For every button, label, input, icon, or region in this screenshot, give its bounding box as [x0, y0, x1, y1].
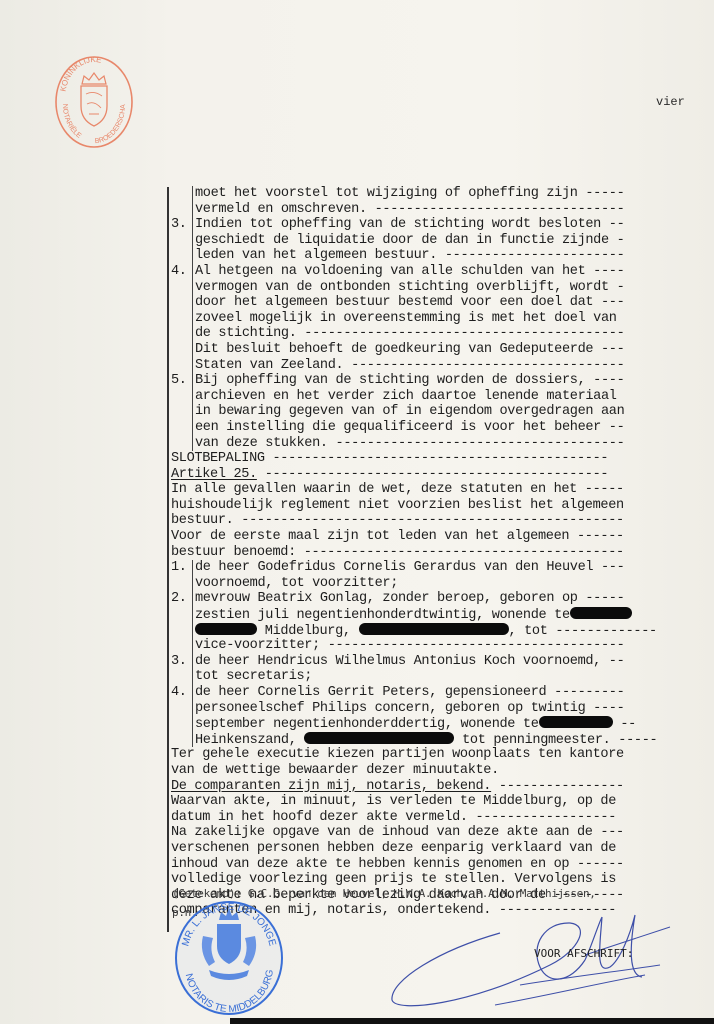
item-indent-rule	[192, 248, 193, 264]
line-text: archieven en het verder zich daartoe len…	[195, 389, 617, 404]
deed-line: Heinkenszand, tot penningmeester. -----	[171, 732, 691, 748]
line-text: van deze stukken. ----------------------…	[195, 436, 624, 451]
deed-line: archieven en het verder zich daartoe len…	[171, 389, 691, 405]
line-text: door het algemeen bestuur bestemd voor e…	[195, 295, 624, 310]
redaction-block	[195, 623, 257, 635]
item-indent-rule	[192, 623, 193, 639]
deed-line: vermogen van de ontbonden stichting over…	[171, 280, 691, 296]
line-dash-fill: ----------------	[491, 779, 624, 794]
item-indent-rule	[192, 217, 193, 233]
line-text: de heer Godefridus Cornelis Gerardus van…	[195, 560, 624, 575]
deed-line: bestuur. -------------------------------…	[171, 513, 691, 529]
item-indent-rule	[192, 295, 193, 311]
item-indent-rule	[192, 264, 193, 280]
deed-line: van deze stukken. ----------------------…	[171, 436, 691, 452]
notary-signature	[380, 905, 680, 1015]
line-text: huishoudelijk reglement niet voorzien be…	[171, 498, 624, 513]
svg-text:BROEDERSCHAP: BROEDERSCHAP	[53, 54, 127, 145]
line-text: datum in het hoofd dezer akte vermeld. -…	[171, 810, 616, 825]
line-text: SLOTBEPALING ---------------------------…	[171, 451, 608, 466]
deed-line: in bewaring gegeven van of in eigendom o…	[171, 404, 691, 420]
line-text: Middelburg,	[257, 624, 359, 639]
item-indent-rule	[192, 701, 193, 717]
item-indent-rule	[192, 342, 193, 358]
line-text: Artikel 25.	[171, 467, 257, 482]
item-indent-rule	[192, 685, 193, 701]
deed-line: vermeld en omschreven. -----------------…	[171, 202, 691, 218]
item-indent-rule	[192, 233, 193, 249]
item-indent-rule	[192, 186, 193, 202]
line-text: van de wettige bewaarder dezer minuutakt…	[171, 763, 499, 778]
line-text: de stichting. --------------------------…	[195, 326, 624, 341]
deed-line: de stichting. --------------------------…	[171, 326, 691, 342]
notary-seal-icon: MR. L. JANSE DE JONGE NOTARIS TE MIDDELB…	[173, 896, 285, 1016]
item-indent-rule	[192, 326, 193, 342]
line-text: tot secretaris;	[195, 669, 312, 684]
deed-line: Staten van Zeeland. --------------------…	[171, 358, 691, 374]
deed-line: geschiedt de liquidatie door de dan in f…	[171, 233, 691, 249]
deed-line: 3.Indien tot opheffing van de stichting …	[171, 217, 691, 233]
line-dash-fill: , tot -------------	[509, 624, 657, 639]
line-text: De comparanten zijn mij, notaris, bekend…	[171, 779, 491, 794]
line-text: Waarvan akte, in minuut, is verleden te …	[171, 794, 616, 809]
left-margin-rule	[167, 187, 169, 932]
deed-line: bestuur benoemd: -----------------------…	[171, 545, 691, 561]
deed-line: 4.de heer Cornelis Gerrit Peters, gepens…	[171, 685, 691, 701]
deed-line: door het algemeen bestuur bestemd voor e…	[171, 295, 691, 311]
line-text: verschenen personen hebben deze eenparig…	[171, 841, 616, 856]
deed-line: voornoemd, tot voorzitter;	[171, 576, 691, 592]
deed-line: leden van het algemeen bestuur. --------…	[171, 248, 691, 264]
line-text: Voor de eerste maal zijn tot leden van h…	[171, 529, 624, 544]
item-indent-rule	[192, 669, 193, 685]
svg-text:NOTARIËLE: NOTARIËLE	[61, 104, 83, 140]
line-dash-fill: tot penningmeester. -----	[454, 733, 657, 748]
line-text: vermogen van de ontbonden stichting over…	[195, 280, 624, 295]
page-number: vier	[656, 95, 685, 109]
item-indent-rule	[192, 420, 193, 436]
deed-line: van de wettige bewaarder dezer minuutakt…	[171, 763, 691, 779]
item-indent-rule	[192, 560, 193, 576]
line-text: vice-voorzitter; -----------------------…	[195, 638, 624, 653]
item-indent-rule	[192, 202, 193, 218]
line-text: een instelling die gequalificeerd is voo…	[195, 420, 624, 435]
redaction-block	[570, 607, 632, 619]
line-text: inhoud van deze akte te hebben kennis ge…	[171, 857, 624, 872]
deed-line: 4.Al hetgeen na voldoening van alle schu…	[171, 264, 691, 280]
deed-line: Dit besluit behoeft de goedkeuring van G…	[171, 342, 691, 358]
line-dash-fill: --	[613, 717, 636, 732]
deed-line: 2.mevrouw Beatrix Gonlag, zonder beroep,…	[171, 591, 691, 607]
deed-line: personeelschef Philips concern, geboren …	[171, 701, 691, 717]
line-text: zestien juli negentienhonderdtwintig, wo…	[195, 608, 570, 623]
line-text: de heer Hendricus Wilhelmus Antonius Koc…	[195, 654, 624, 669]
deed-line: 5.Bij opheffing van de stichting worden …	[171, 373, 691, 389]
line-dash-fill: ----------------------------------------…	[257, 467, 608, 482]
line-text: in bewaring gegeven van of in eigendom o…	[195, 404, 624, 419]
deed-line: huishoudelijk reglement niet voorzien be…	[171, 498, 691, 514]
deed-line: Voor de eerste maal zijn tot leden van h…	[171, 529, 691, 545]
item-indent-rule	[192, 732, 193, 748]
item-indent-rule	[192, 311, 193, 327]
redaction-block	[359, 623, 509, 635]
line-text: Al hetgeen na voldoening van alle schuld…	[195, 264, 624, 279]
deed-line: een instelling die gequalificeerd is voo…	[171, 420, 691, 436]
item-indent-rule	[192, 436, 193, 452]
item-indent-rule	[192, 654, 193, 670]
line-text: Indien tot opheffing van de stichting wo…	[195, 217, 624, 232]
deed-line: Artikel 25. ----------------------------…	[171, 467, 691, 483]
deed-line: 3.de heer Hendricus Wilhelmus Antonius K…	[171, 654, 691, 670]
deed-body-text: moet het voorstel tot wijziging of ophef…	[171, 186, 691, 919]
certified-copy-label: VOOR AFSCHRIFT:	[534, 947, 633, 960]
deed-line: zestien juli negentienhonderdtwintig, wo…	[171, 607, 691, 623]
deed-line: Middelburg, , tot -------------	[171, 623, 691, 639]
line-text: Dit besluit behoeft de goedkeuring van G…	[195, 342, 624, 357]
scan-edge-shadow	[230, 1018, 714, 1024]
deed-line: De comparanten zijn mij, notaris, bekend…	[171, 779, 691, 795]
line-text: leden van het algemeen bestuur. --------…	[195, 248, 624, 263]
deed-line: SLOTBEPALING ---------------------------…	[171, 451, 691, 467]
line-text: moet het voorstel tot wijziging of ophef…	[195, 186, 624, 201]
deed-line: Na zakelijke opgave van de inhoud van de…	[171, 825, 691, 841]
deed-line: zoveel mogelijk in overeenstemming is me…	[171, 311, 691, 327]
deed-line: tot secretaris;	[171, 669, 691, 685]
line-text: zoveel mogelijk in overeenstemming is me…	[195, 311, 617, 326]
deed-line: september negentienhonderddertig, wonend…	[171, 716, 691, 732]
item-indent-rule	[192, 576, 193, 592]
redaction-block	[539, 716, 613, 728]
line-text: september negentienhonderddertig, wonend…	[195, 717, 539, 732]
deed-line: 1.de heer Godefridus Cornelis Gerardus v…	[171, 560, 691, 576]
item-indent-rule	[192, 716, 193, 732]
deed-line: vice-voorzitter; -----------------------…	[171, 638, 691, 654]
item-indent-rule	[192, 638, 193, 654]
deed-line: inhoud van deze akte te hebben kennis ge…	[171, 857, 691, 873]
line-text: bestuur. -------------------------------…	[171, 513, 624, 528]
notarial-brotherhood-seal-icon: KONINKLIJKE NOTARIËLE BROEDERSCHAP	[53, 54, 135, 150]
line-text: Staten van Zeeland. --------------------…	[195, 358, 624, 373]
line-text: geschiedt de liquidatie door de dan in f…	[195, 233, 624, 248]
deed-line: In alle gevallen waarin de wet, deze sta…	[171, 482, 691, 498]
line-text: mevrouw Beatrix Gonlag, zonder beroep, g…	[195, 591, 624, 606]
deed-line: Waarvan akte, in minuut, is verleden te …	[171, 794, 691, 810]
item-indent-rule	[192, 389, 193, 405]
item-indent-rule	[192, 607, 193, 623]
item-indent-rule	[192, 358, 193, 374]
line-text: Bij opheffing van de stichting worden de…	[195, 373, 624, 388]
line-text: vermeld en omschreven. -----------------…	[195, 202, 624, 217]
item-indent-rule	[192, 591, 193, 607]
deed-line: moet het voorstel tot wijziging of ophef…	[171, 186, 691, 202]
redaction-block	[304, 732, 454, 744]
line-text: voornoemd, tot voorzitter;	[195, 576, 398, 591]
line-text: Na zakelijke opgave van de inhoud van de…	[171, 825, 624, 840]
line-text: In alle gevallen waarin de wet, deze sta…	[171, 482, 624, 497]
item-indent-rule	[192, 373, 193, 389]
item-indent-rule	[192, 404, 193, 420]
line-text: de heer Cornelis Gerrit Peters, gepensio…	[195, 685, 624, 700]
line-text: Heinkenszand,	[195, 733, 304, 748]
line-text: Ter gehele executie kiezen partijen woon…	[171, 747, 624, 762]
line-text: bestuur benoemd: -----------------------…	[171, 545, 624, 560]
deed-line: verschenen personen hebben deze eenparig…	[171, 841, 691, 857]
deed-line: datum in het hoofd dezer akte vermeld. -…	[171, 810, 691, 826]
item-indent-rule	[192, 280, 193, 296]
line-text: personeelschef Philips concern, geboren …	[195, 701, 624, 716]
deed-line: Ter gehele executie kiezen partijen woon…	[171, 747, 691, 763]
